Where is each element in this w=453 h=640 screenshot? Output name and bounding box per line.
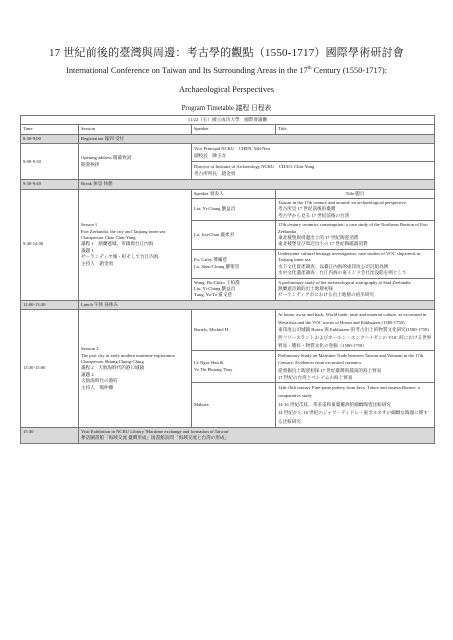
talk-row: 13:30-15:00 Session 2 The port city in e… <box>21 310 435 351</box>
lunch-label: Lunch 午休 昼休み <box>79 300 435 309</box>
title-zh: 東印度公司城鎮 Hoorn 與 Enkhuizen 的考古出土的物質文化研究(1… <box>278 326 432 334</box>
talk-title: At home, away and back. World trade, tas… <box>276 310 435 351</box>
speaker-name: Tung, Yu-Tz 董又慈 <box>194 292 273 298</box>
date-venue-row: 11/22（五）國立成功大學 國際會議廳 <box>21 116 435 125</box>
subtitle-en: Archaeological Perspectives <box>0 85 453 94</box>
title-en: International Conference on Taiwan and I… <box>0 66 453 75</box>
speaker-name: Vo Thi Phuong Thuy <box>194 367 273 373</box>
opening-time: 9:00-9:30 <box>21 144 79 180</box>
speaker-zh: 考古所所長 趙金勇 <box>194 171 432 177</box>
title-en-text: International Conference on Taiwan and I… <box>66 66 308 75</box>
title-ja: 西フリースラントおよびホールン・エンクハイゼンの VOC 町における世界貿易・嗜… <box>278 334 432 349</box>
speaker-subheader: Speaker 發表人 <box>192 189 276 198</box>
session2-info: Session 2 The port city in early modern … <box>79 310 192 428</box>
title-en: A preliminary study of the archaeologica… <box>278 280 432 286</box>
title-ja: 水中文化遺產調查：台江内海の東インド会社沈没船を例として <box>278 270 432 276</box>
talk-title: 17th century ceramics consumption: a cas… <box>276 221 435 250</box>
title-en: 14th-16th century Fine-paste pottery fro… <box>278 384 432 401</box>
session1-subheader-row: 9:40-12:00 Sesson 1 Fort Zeelandia, the … <box>21 189 435 198</box>
talk-speaker: Wang, Bo-Chiao 王柏喬 Liu, Yi-Chang 劉益昌 Tun… <box>192 278 276 300</box>
talk-speaker: Le Ngoc Han & Vo Thi Phuong Thuy <box>192 351 276 383</box>
opening-speaker-1: Vice Principal NCKU CHEN, Yah-Neu 副校長 陳玉… <box>192 144 435 162</box>
title-en: Underwater cultural heritage investigati… <box>278 251 432 264</box>
title-en: At home, away and back. World trade, tas… <box>278 311 432 326</box>
title-ja: ゼーランディア市における出土地層の初歩研究 <box>278 292 432 298</box>
session1-time: 9:40-12:00 <box>21 189 79 300</box>
title-ja: 14 世紀から 16 世紀のジャワ・ティドレ・東ボルネオの細緻な陶器に関する比較… <box>278 409 432 426</box>
title-ja: 東北稜堡及び周辺出土の 17 世紀陶磁器消費 <box>278 241 432 247</box>
talk-speaker: Liu, Yi-Chang 劉益昌 <box>192 199 276 221</box>
speaker-name: Bartels, Michiel H. <box>194 327 273 333</box>
title-en: Preliminary Study on Maritime Trade betw… <box>278 352 432 366</box>
opening-session-ja: 開會挨拶 <box>81 162 189 168</box>
col-session: Session <box>79 125 192 134</box>
title-en-text-end: Century (1550-1717): <box>312 66 387 75</box>
visit-time: 15:30 <box>21 427 79 443</box>
break-row: 9:30-9:40 Break 休息 休憩 <box>21 180 435 189</box>
talk-speaker: Fu, Cathy 傅嘯慈 Lo, Shen-Chung 羅聖崇 <box>192 249 276 278</box>
lunch-time: 12:00-13:30 <box>21 300 79 309</box>
program-table: 11/22（五）國立成功大學 國際會議廳 Time Session Speake… <box>20 115 435 444</box>
break-label: Break 休息 休憩 <box>79 180 435 189</box>
title-ja: 考古学から見る 17 世紀前後の台湾 <box>278 213 432 219</box>
talk-speaker: Bartels, Michiel H. <box>192 310 276 351</box>
speaker-name: Mahirta <box>194 402 273 408</box>
session1-info: Sesson 1 Fort Zeelandia, the city and Ta… <box>79 189 192 300</box>
registration-row: 8:30-9:00 Registration 報到 受付 <box>21 134 435 143</box>
title-en: 17th century ceramics consumption: a cas… <box>278 222 432 235</box>
col-speaker: Speaker <box>192 125 276 134</box>
talk-speaker: Lu, Jou-Chun 盧柔君 <box>192 221 276 250</box>
speaker-name: Lo, Shen-Chung 羅聖崇 <box>194 264 273 270</box>
session-line: 主持人 趙金勇 <box>81 261 189 267</box>
lunch-row: 12:00-13:30 Lunch 午休 昼休み <box>21 300 435 309</box>
title-zh: 14-16 世紀爪哇、蒂多雷和東婆羅洲的細緻陶瓷比較研究 <box>278 401 432 409</box>
registration-label: Registration 報到 受付 <box>79 134 435 143</box>
talk-title: 14th-16th century Fine-paste pottery fro… <box>276 382 435 427</box>
talk-title: A preliminary study of the archaeologica… <box>276 278 435 300</box>
opening-session: Opening address 開幕致詞 開會挨拶 <box>79 144 192 180</box>
col-time: Time <box>21 125 79 134</box>
title-zh: 17 世紀前後的臺灣與周邊：考古學的觀點（1550-1717）國際學術研討會 <box>0 44 453 60</box>
speaker-zh: 副校長 陳玉女 <box>194 153 432 159</box>
title-zh: 從發掘出土陶瓷初探 17 世紀臺灣與越南的海上貿易 <box>278 367 432 374</box>
session2-time: 13:30-15:00 <box>21 310 79 428</box>
session-line: 主持人 熊仲卿 <box>81 385 189 391</box>
visit-label: Visit Exhibition in NCKU Library 'Mariti… <box>79 427 435 443</box>
break-time: 9:30-9:40 <box>21 180 79 189</box>
opening-row: 9:00-9:30 Opening address 開幕致詞 開會挨拶 Vice… <box>21 144 435 162</box>
talk-title: Taiwan in the 17th century and around- a… <box>276 199 435 221</box>
registration-time: 8:30-9:00 <box>21 134 79 143</box>
talk-title: Underwater cultural heritage investigati… <box>276 249 435 278</box>
col-title: Title <box>276 125 435 134</box>
talk-speaker: Mahirta <box>192 382 276 427</box>
column-header-row: Time Session Speaker Title <box>21 125 435 134</box>
talk-title: Preliminary Study on Maritime Trade betw… <box>276 351 435 383</box>
program-heading: Program Timetable 議程 日程表 <box>0 102 453 112</box>
speaker-name: Lu, Jou-Chun 盧柔君 <box>194 232 273 238</box>
visit-line-zh: 參訪圖書館「海域交流 臺灣形成」図書館訪問「海域交流と台湾の形成」 <box>81 435 432 441</box>
date-venue: 11/22（五）國立成功大學 國際會議廳 <box>21 116 435 125</box>
session-line: The port city in early modern maritime e… <box>81 353 189 359</box>
visit-row: 15:30 Visit Exhibition in NCKU Library '… <box>21 427 435 443</box>
title-ja: 17 世紀の台湾とベトナムの海上貿易 <box>278 374 432 381</box>
speaker-name: Liu, Yi-Chang 劉益昌 <box>194 206 273 212</box>
opening-speaker-2: Director of Institute of Archaeology NCK… <box>192 162 435 180</box>
title-subheader: Title 題目 <box>276 189 435 198</box>
